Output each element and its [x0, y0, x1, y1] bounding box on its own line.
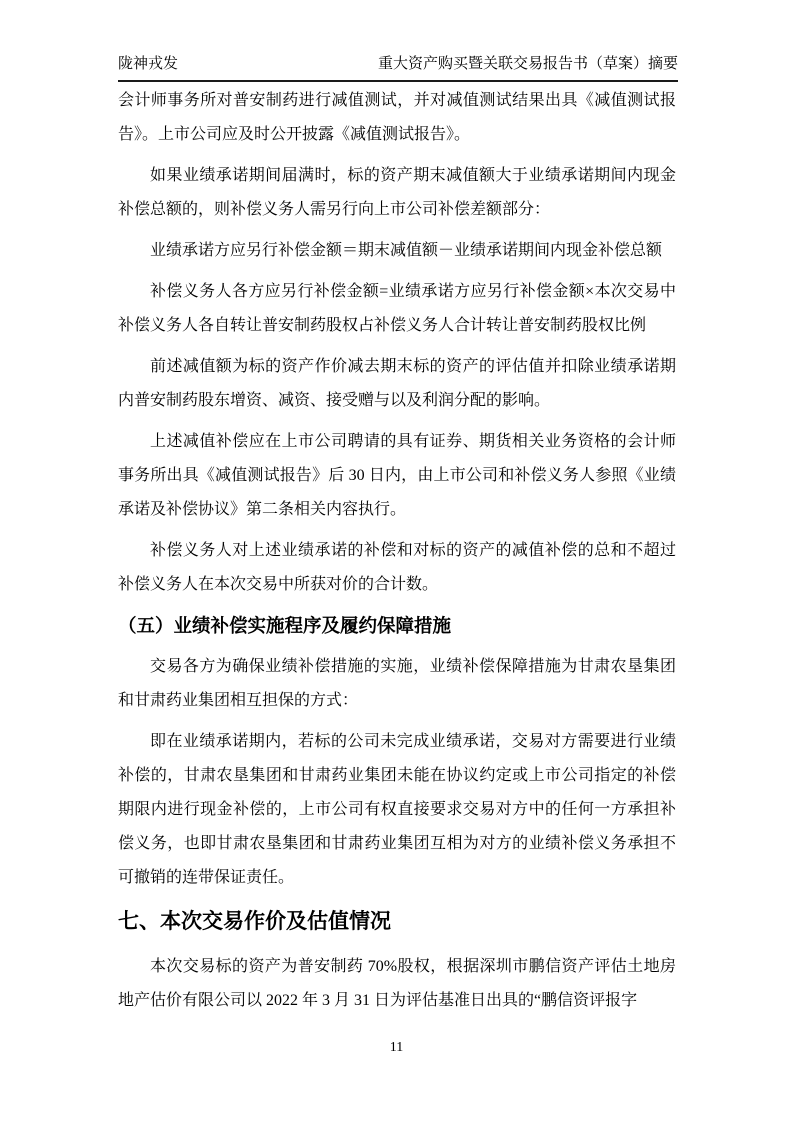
paragraph: 上述减值补偿应在上市公司聘请的具有证券、期货相关业务资格的会计师事务所出具《减值…: [118, 425, 676, 527]
document-page: 陇神戎发 重大资产购买暨关联交易报告书（草案）摘要 会计师事务所对普安制药进行减…: [0, 0, 793, 1122]
page-footer: 11: [0, 1038, 793, 1058]
page-number: 11: [390, 1040, 403, 1055]
header-left-title: 陇神戎发: [118, 54, 178, 75]
formula-line: 业绩承诺方应另行补偿金额＝期末减值额－业绩承诺期间内现金补偿总额: [118, 234, 676, 268]
page-header: 陇神戎发 重大资产购买暨关联交易报告书（草案）摘要: [118, 54, 678, 82]
paragraph: 即在业绩承诺期内，若标的公司未完成业绩承诺，交易对方需要进行业绩补偿的，甘肃农垦…: [118, 725, 676, 895]
paragraph: 交易各方为确保业绩补偿措施的实施，业绩补偿保障措施为甘肃农垦集团和甘肃药业集团相…: [118, 650, 676, 718]
paragraph: 本次交易标的资产为普安制药 70%股权，根据深圳市鹏信资产评估土地房地产估价有限…: [118, 950, 676, 1018]
header-right-title: 重大资产购买暨关联交易报告书（草案）摘要: [378, 54, 678, 75]
section-heading-level1: 七、本次交易作价及估值情况: [118, 902, 676, 942]
paragraph: 补偿义务人对上述业绩承诺的补偿和对标的资产的减值补偿的总和不超过补偿义务人在本次…: [118, 534, 676, 602]
document-body: 会计师事务所对普安制药进行减值测试，并对减值测试结果出具《减值测试报告》。上市公…: [118, 84, 676, 1025]
paragraph-continuation: 会计师事务所对普安制药进行减值测试，并对减值测试结果出具《减值测试报告》。上市公…: [118, 84, 676, 152]
section-heading-level2: （五）业绩补偿实施程序及履约保障措施: [118, 609, 676, 643]
formula-line: 补偿义务人各方应另行补偿金额=业绩承诺方应另行补偿金额×本次交易中补偿义务人各自…: [118, 275, 676, 343]
paragraph: 前述减值额为标的资产作价减去期末标的资产的评估值并扣除业绩承诺期内普安制药股东增…: [118, 350, 676, 418]
paragraph: 如果业绩承诺期间届满时，标的资产期末减值额大于业绩承诺期间内现金补偿总额的，则补…: [118, 159, 676, 227]
